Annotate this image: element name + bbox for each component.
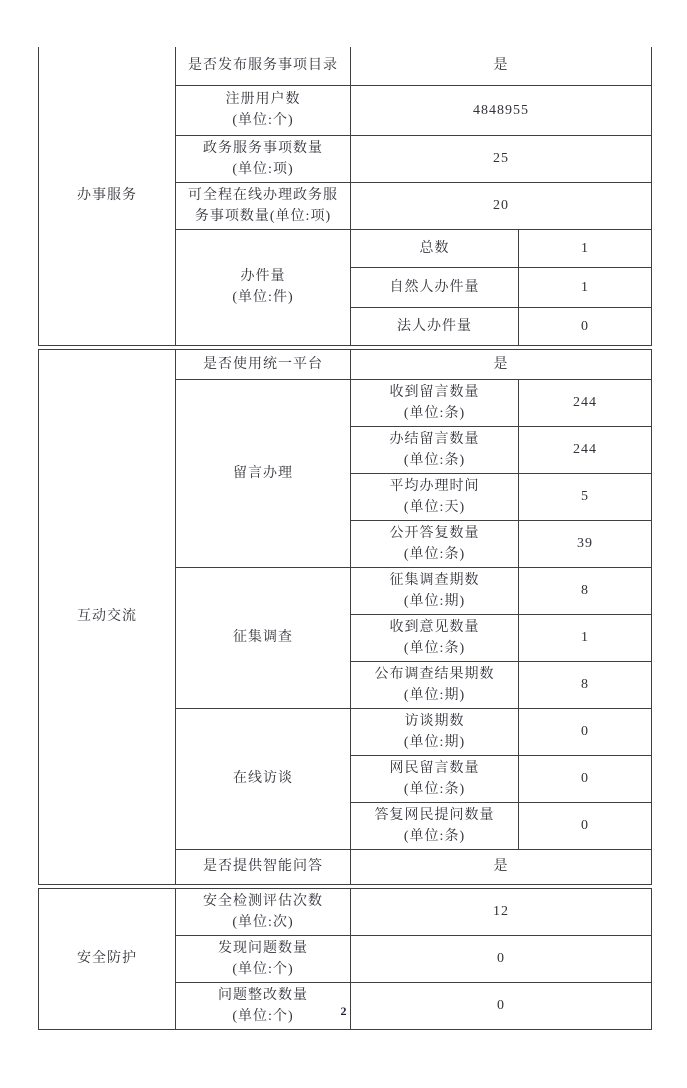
submetric-value: 8 — [519, 661, 652, 708]
submetric-unit: (单位:条) — [356, 638, 513, 659]
submetric-unit: (单位:条) — [356, 826, 513, 847]
submetric-value: 0 — [519, 307, 652, 345]
metric-label: 可全程在线办理政务服务事项数量(单位:项) — [176, 182, 351, 229]
submetric-unit: (单位:条) — [356, 544, 513, 565]
submetric-label: 征集调查期数 (单位:期) — [351, 567, 519, 614]
metric-value: 0 — [351, 935, 652, 982]
submetric-label: 平均办理时间 (单位:天) — [351, 473, 519, 520]
metric-label: 政务服务事项数量 (单位:项) — [176, 135, 351, 182]
metric-unit: (单位:次) — [181, 912, 345, 933]
submetric-label: 法人办件量 — [351, 307, 519, 345]
submetric-value: 5 — [519, 473, 652, 520]
metric-label: 发现问题数量 (单位:个) — [176, 935, 351, 982]
submetric-label-line1: 收到意见数量 — [356, 617, 513, 638]
submetric-label: 公布调查结果期数 (单位:期) — [351, 661, 519, 708]
metric-value: 4848955 — [351, 85, 652, 135]
submetric-label: 访谈期数 (单位:期) — [351, 708, 519, 755]
metric-label: 是否使用统一平台 — [176, 349, 351, 379]
group-label: 留言办理 — [176, 379, 351, 567]
submetric-label-line1: 公布调查结果期数 — [356, 664, 513, 685]
submetric-value: 244 — [519, 426, 652, 473]
submetric-label: 总数 — [351, 229, 519, 267]
submetric-label: 自然人办件量 — [351, 267, 519, 307]
submetric-value: 1 — [519, 229, 652, 267]
submetric-unit: (单位:期) — [356, 732, 513, 753]
group-label: 在线访谈 — [176, 708, 351, 849]
submetric-value: 1 — [519, 267, 652, 307]
metric-unit: (单位:个) — [181, 959, 345, 980]
submetric-label: 公开答复数量 (单位:条) — [351, 520, 519, 567]
metric-value: 是 — [351, 47, 652, 85]
submetric-label-line1: 网民留言数量 — [356, 758, 513, 779]
submetric-value: 0 — [519, 802, 652, 849]
metric-value: 12 — [351, 888, 652, 935]
metric-label-line1: 政务服务事项数量 — [181, 138, 345, 159]
submetric-unit: (单位:期) — [356, 591, 513, 612]
metric-label-line1: 注册用户数 — [181, 89, 345, 110]
metric-label: 注册用户数 (单位:个) — [176, 85, 351, 135]
metric-value: 是 — [351, 349, 652, 379]
submetric-value: 1 — [519, 614, 652, 661]
metric-label: 是否提供智能问答 — [176, 849, 351, 884]
submetric-label-line1: 访谈期数 — [356, 711, 513, 732]
metric-label-line1: 安全检测评估次数 — [181, 891, 345, 912]
submetric-label: 收到意见数量 (单位:条) — [351, 614, 519, 661]
group-label: 征集调查 — [176, 567, 351, 708]
category-service: 办事服务 — [39, 47, 176, 345]
section-service: 办事服务 是否发布服务事项目录 是 注册用户数 (单位:个) 4848955 政… — [38, 47, 652, 346]
submetric-label-line1: 办结留言数量 — [356, 429, 513, 450]
submetric-value: 8 — [519, 567, 652, 614]
submetric-label-line1: 收到留言数量 — [356, 382, 513, 403]
metric-value: 20 — [351, 182, 652, 229]
metric-value: 是 — [351, 849, 652, 884]
group-label: 办件量 (单位:件) — [176, 229, 351, 345]
submetric-label-line1: 平均办理时间 — [356, 476, 513, 497]
submetric-unit: (单位:期) — [356, 685, 513, 706]
report-page: 办事服务 是否发布服务事项目录 是 注册用户数 (单位:个) 4848955 政… — [0, 0, 687, 1088]
group-label-line1: 办件量 — [181, 266, 345, 287]
submetric-unit: (单位:条) — [356, 779, 513, 800]
submetric-value: 0 — [519, 755, 652, 802]
metric-label: 安全检测评估次数 (单位:次) — [176, 888, 351, 935]
submetric-label-line1: 公开答复数量 — [356, 523, 513, 544]
metric-unit: (单位:个) — [181, 110, 345, 131]
page-number: 2 — [0, 1004, 687, 1019]
report-table: 办事服务 是否发布服务事项目录 是 注册用户数 (单位:个) 4848955 政… — [38, 47, 651, 1033]
submetric-value: 0 — [519, 708, 652, 755]
metric-label-line1: 发现问题数量 — [181, 938, 345, 959]
submetric-label-line1: 征集调查期数 — [356, 570, 513, 591]
submetric-value: 39 — [519, 520, 652, 567]
submetric-label: 收到留言数量 (单位:条) — [351, 379, 519, 426]
metric-value: 25 — [351, 135, 652, 182]
metric-label: 是否发布服务事项目录 — [176, 47, 351, 85]
submetric-unit: (单位:条) — [356, 450, 513, 471]
section-interaction: 互动交流 是否使用统一平台 是 留言办理 收到留言数量 (单位:条) 244 办… — [38, 349, 652, 885]
submetric-label-line1: 答复网民提问数量 — [356, 805, 513, 826]
group-unit: (单位:件) — [181, 287, 345, 308]
submetric-label: 办结留言数量 (单位:条) — [351, 426, 519, 473]
submetric-label: 答复网民提问数量 (单位:条) — [351, 802, 519, 849]
metric-unit: (单位:项) — [181, 159, 345, 180]
metric-label-line1: 问题整改数量 — [181, 985, 345, 1006]
submetric-unit: (单位:天) — [356, 497, 513, 518]
submetric-label: 网民留言数量 (单位:条) — [351, 755, 519, 802]
submetric-value: 244 — [519, 379, 652, 426]
submetric-unit: (单位:条) — [356, 403, 513, 424]
category-interaction: 互动交流 — [39, 349, 176, 884]
